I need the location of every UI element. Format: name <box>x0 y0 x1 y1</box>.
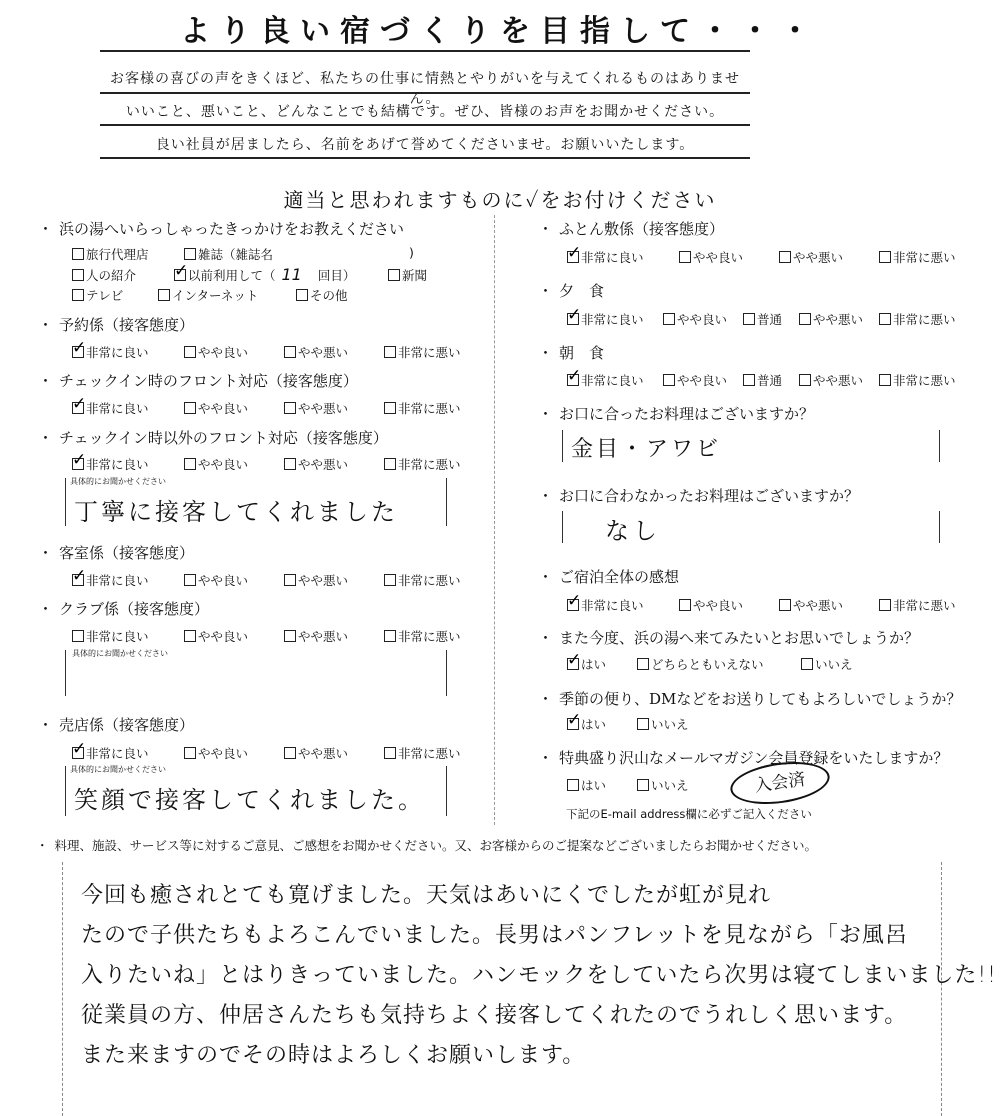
question-revisit: ・また今度、浜の湯へ来てみたいとお思いでしょうか？ <box>538 627 919 648</box>
question-label: 料理、施設、サービス等に対するご意見、ご感想をお聞かせください。又、お客様からの… <box>55 838 818 853</box>
checkbox-checked[interactable] <box>567 251 579 263</box>
checkbox[interactable] <box>384 574 396 586</box>
checkbox[interactable] <box>284 574 296 586</box>
option-bad[interactable]: やや悪い <box>284 343 380 361</box>
options-row: 非常に良い やや良い やや悪い 非常に悪い <box>72 744 460 762</box>
option-newspaper[interactable]: 新聞 <box>388 266 427 284</box>
intro-line: いいこと、悪いこと、どんなことでも結構です。ぜひ、皆様のお声をお聞かせください。 <box>100 101 750 121</box>
question-liked-dishes: ・お口に合ったお料理はございますか？ <box>538 403 814 424</box>
checkbox[interactable] <box>679 599 691 611</box>
question-label: ふとん敷係（接客態度） <box>559 220 724 238</box>
option-bad[interactable]: やや悪い <box>284 744 380 762</box>
option-no[interactable]: いいえ <box>801 655 853 673</box>
checkbox-checked[interactable] <box>72 458 84 470</box>
detail-value: 丁寧に接客してくれました <box>74 492 398 527</box>
option-bad[interactable]: やや悪い <box>779 248 875 266</box>
option-very-good[interactable]: 非常に良い <box>567 596 675 614</box>
detail-field[interactable]: 具体的にお聞かせください 笑顔で接客してくれました。 <box>65 766 447 816</box>
question-breakfast: ・朝 食 <box>538 342 604 363</box>
option-referral[interactable]: 人の紹介 <box>72 266 170 284</box>
question-checkin-front: ・チェックイン時のフロント対応（接客態度） <box>38 370 358 391</box>
checkbox[interactable] <box>663 313 675 325</box>
question-mail-magazine: ・特典盛り沢山なメールマガジン会員登録をいたしますか？ <box>538 747 948 768</box>
checkbox[interactable] <box>284 630 296 642</box>
checkbox[interactable] <box>184 248 196 260</box>
option-average[interactable]: 普通 <box>743 310 795 328</box>
option-very-bad[interactable]: 非常に悪い <box>879 248 956 266</box>
question-label: 客室係（接客態度） <box>59 544 194 562</box>
checkbox[interactable] <box>384 402 396 414</box>
checkbox[interactable] <box>879 374 891 386</box>
option-very-bad[interactable]: 非常に悪い <box>384 455 461 473</box>
option-internet[interactable]: インターネット <box>158 286 292 304</box>
option-very-good[interactable]: 非常に良い <box>72 571 180 589</box>
checkbox[interactable] <box>799 313 811 325</box>
checkbox[interactable] <box>72 289 84 301</box>
visit-count: 11 <box>282 265 302 284</box>
question-reservation-staff: ・予約係（接客態度） <box>38 314 194 335</box>
option-good[interactable]: やや良い <box>184 744 280 762</box>
checkbox[interactable] <box>296 289 308 301</box>
option-yes[interactable]: はい <box>567 655 633 673</box>
option-very-good[interactable]: 非常に良い <box>72 744 180 762</box>
comment-line: 入りたいね」とはりきっていました。ハンモックをしていたら次男は寝てしまいました!… <box>81 958 997 989</box>
option-very-bad[interactable]: 非常に悪い <box>879 596 956 614</box>
disliked-dishes-field[interactable]: なし <box>562 511 940 543</box>
checkbox-checked[interactable] <box>567 718 579 730</box>
option-bad[interactable]: やや悪い <box>284 627 380 645</box>
question-club-staff: ・クラブ係（接客態度） <box>38 598 209 619</box>
option-good[interactable]: やや良い <box>184 455 280 473</box>
option-undecided[interactable]: どちらともいえない <box>637 655 797 673</box>
option-travel-agency[interactable]: 旅行代理店 <box>72 245 180 263</box>
checkbox-checked[interactable] <box>72 346 84 358</box>
checkbox[interactable] <box>879 599 891 611</box>
question-disliked-dishes: ・お口に合わなかったお料理はございますか？ <box>538 485 859 506</box>
checkbox[interactable] <box>388 269 400 281</box>
option-good[interactable]: やや良い <box>184 343 280 361</box>
detail-label: 具体的にお聞かせください <box>72 648 168 659</box>
options-row: 非常に良い やや良い やや悪い 非常に悪い <box>72 455 460 473</box>
checkbox[interactable] <box>779 599 791 611</box>
question-label: お口に合ったお料理はございますか？ <box>559 405 814 423</box>
options-row: はい どちらともいえない いいえ <box>567 655 852 673</box>
question-room-staff: ・客室係（接客態度） <box>38 542 194 563</box>
options-row: はい いいえ <box>567 776 689 794</box>
comments-question: ・料理、施設、サービス等に対するご意見、ご感想をお聞かせください。又、お客様から… <box>36 836 817 854</box>
checkbox[interactable] <box>663 374 675 386</box>
checkbox[interactable] <box>384 458 396 470</box>
question-label: チェックイン時のフロント対応（接客態度） <box>59 372 358 390</box>
checkbox[interactable] <box>384 346 396 358</box>
option-good[interactable]: やや良い <box>663 310 739 328</box>
comment-line: 従業員の方、仲居さんたちも気持ちよく接客してくれたのでうれしく思います。 <box>81 998 907 1029</box>
options-row: 非常に良い やや良い やや悪い 非常に悪い <box>567 248 955 266</box>
checkbox[interactable] <box>799 374 811 386</box>
liked-dishes-field[interactable]: 金目・アワビ <box>562 430 940 462</box>
option-previous-visit[interactable]: 以前利用して（11回目） <box>174 265 384 284</box>
checkbox[interactable] <box>637 779 649 791</box>
checkbox[interactable] <box>879 251 891 263</box>
option-bad[interactable]: やや悪い <box>799 371 875 389</box>
divider <box>100 50 750 52</box>
option-very-bad[interactable]: 非常に悪い <box>384 571 461 589</box>
question-dm: ・季節の便り、DMなどをお送りしてもよろしいでしょうか？ <box>538 688 961 709</box>
question-futon-staff: ・ふとん敷係（接客態度） <box>538 218 724 239</box>
options-row: 非常に良い やや良い 普通 やや悪い 非常に悪い <box>567 310 955 328</box>
option-very-bad[interactable]: 非常に悪い <box>384 343 461 361</box>
option-good[interactable]: やや良い <box>184 399 280 417</box>
checkbox[interactable] <box>637 718 649 730</box>
option-very-good[interactable]: 非常に良い <box>567 371 659 389</box>
option-magazine[interactable]: 雑誌（雑誌名) <box>184 245 414 263</box>
question-label: 浜の湯へいらっしゃったきっかけをお教えください <box>59 220 404 238</box>
option-bad[interactable]: やや悪い <box>284 399 380 417</box>
question-label: 夕 食 <box>559 282 604 300</box>
checkbox[interactable] <box>679 251 691 263</box>
checkbox[interactable] <box>384 630 396 642</box>
question-shop-staff: ・売店係（接客態度） <box>38 714 194 735</box>
options-row: 非常に良い やや良い やや悪い 非常に悪い <box>72 399 460 417</box>
options-row: 非常に良い やや良い やや悪い 非常に悪い <box>567 596 955 614</box>
answer-value: なし <box>605 511 661 546</box>
column-divider <box>494 215 495 825</box>
checkbox[interactable] <box>72 630 84 642</box>
checkbox-checked[interactable] <box>72 402 84 414</box>
options-row: 旅行代理店 雑誌（雑誌名) <box>72 245 414 263</box>
comments-field[interactable]: 今回も癒されとても寛げました。天気はあいにくでしたが虹が見れ たので子供たちもよ… <box>62 862 942 1116</box>
detail-label: 具体的にお聞かせください <box>70 764 166 775</box>
checkbox[interactable] <box>384 747 396 759</box>
option-very-good[interactable]: 非常に良い <box>567 248 675 266</box>
divider <box>100 157 750 159</box>
option-very-bad[interactable]: 非常に悪い <box>879 371 956 389</box>
option-very-bad[interactable]: 非常に悪い <box>384 399 461 417</box>
comment-line: たので子供たちもよろこんでいました。長男はパンフレットを見ながら「お風呂 <box>81 918 908 949</box>
checkbox[interactable] <box>284 747 296 759</box>
options-row: 非常に良い やや良い 普通 やや悪い 非常に悪い <box>567 371 955 389</box>
checkbox[interactable] <box>184 630 196 642</box>
options-row: テレビ インターネット その他 <box>72 286 347 304</box>
question-dinner: ・夕 食 <box>538 280 604 301</box>
question-label: チェックイン時以外のフロント対応（接客態度） <box>59 429 388 447</box>
checkbox[interactable] <box>184 574 196 586</box>
option-very-good[interactable]: 非常に良い <box>72 455 180 473</box>
checkbox[interactable] <box>284 402 296 414</box>
survey-title: より良い宿づくりを目指して・・・ <box>0 6 1000 50</box>
checkbox[interactable] <box>801 658 813 670</box>
checkbox[interactable] <box>779 251 791 263</box>
option-good[interactable]: やや良い <box>184 627 280 645</box>
option-bad[interactable]: やや悪い <box>779 596 875 614</box>
option-very-bad[interactable]: 非常に悪い <box>384 627 461 645</box>
options-row: 人の紹介 以前利用して（11回目） 新聞 <box>72 265 427 284</box>
checkbox[interactable] <box>284 346 296 358</box>
option-no[interactable]: いいえ <box>637 715 689 733</box>
checkbox[interactable] <box>184 747 196 759</box>
checkbox[interactable] <box>72 269 84 281</box>
question-front-other: ・チェックイン時以外のフロント対応（接客態度） <box>38 427 388 448</box>
checkbox[interactable] <box>879 313 891 325</box>
option-good[interactable]: やや良い <box>679 596 775 614</box>
detail-value: 笑顔で接客してくれました。 <box>74 780 425 815</box>
question-label: 特典盛り沢山なメールマガジン会員登録をいたしますか？ <box>559 749 948 767</box>
option-yes[interactable]: はい <box>567 776 633 794</box>
checkbox[interactable] <box>184 458 196 470</box>
options-row: 非常に良い やや良い やや悪い 非常に悪い <box>72 571 460 589</box>
option-good[interactable]: やや良い <box>184 571 280 589</box>
checkbox[interactable] <box>743 374 755 386</box>
option-very-good[interactable]: 非常に良い <box>567 310 659 328</box>
option-very-bad[interactable]: 非常に悪い <box>384 744 461 762</box>
checkbox-checked[interactable] <box>72 574 84 586</box>
checkbox-checked[interactable] <box>567 658 579 670</box>
checkbox-checked[interactable] <box>567 374 579 386</box>
checkbox[interactable] <box>72 248 84 260</box>
options-row: 非常に良い やや良い やや悪い 非常に悪い <box>72 627 460 645</box>
comment-line: また来ますのでその時はよろしくお願いします。 <box>81 1038 585 1069</box>
answer-value: 金目・アワビ <box>571 432 721 463</box>
divider <box>100 124 750 126</box>
detail-field[interactable]: 具体的にお聞かせください <box>65 650 447 696</box>
question-label: ご宿泊全体の感想 <box>559 568 679 586</box>
detail-label: 具体的にお聞かせください <box>70 476 166 487</box>
option-very-good[interactable]: 非常に良い <box>72 399 180 417</box>
divider <box>100 92 750 94</box>
option-very-bad[interactable]: 非常に悪い <box>879 310 956 328</box>
checkbox-checked[interactable] <box>567 313 579 325</box>
options-row: 非常に良い やや良い やや悪い 非常に悪い <box>72 343 460 361</box>
option-good[interactable]: やや良い <box>679 248 775 266</box>
question-label: 朝 食 <box>559 344 604 362</box>
option-yes[interactable]: はい <box>567 715 633 733</box>
question-label: また今度、浜の湯へ来てみたいとお思いでしょうか？ <box>559 629 919 647</box>
question-label: 季節の便り、DMなどをお送りしてもよろしいでしょうか？ <box>559 690 961 708</box>
option-very-good[interactable]: 非常に良い <box>72 343 180 361</box>
question-label: お口に合わなかったお料理はございますか？ <box>559 487 859 505</box>
checkbox[interactable] <box>743 313 755 325</box>
option-tv[interactable]: テレビ <box>72 286 154 304</box>
option-no[interactable]: いいえ <box>637 776 689 794</box>
checkbox[interactable] <box>158 289 170 301</box>
question-overall-impression: ・ご宿泊全体の感想 <box>538 566 679 587</box>
checkbox-checked[interactable] <box>72 747 84 759</box>
option-bad[interactable]: やや悪い <box>799 310 875 328</box>
option-bad[interactable]: やや悪い <box>284 455 380 473</box>
option-very-good[interactable]: 非常に良い <box>72 627 180 645</box>
option-bad[interactable]: やや悪い <box>284 571 380 589</box>
options-row: はい いいえ <box>567 715 689 733</box>
checkbox[interactable] <box>184 402 196 414</box>
question-label: クラブ係（接客態度） <box>59 600 209 618</box>
comment-line: 今回も癒されとても寛げました。天気はあいにくでしたが虹が見れ <box>81 878 771 909</box>
option-good[interactable]: やや良い <box>663 371 739 389</box>
question-label: 売店係（接客態度） <box>59 716 194 734</box>
detail-field[interactable]: 具体的にお聞かせください 丁寧に接客してくれました <box>65 478 447 526</box>
option-other[interactable]: その他 <box>296 286 348 304</box>
checkbox-checked[interactable] <box>567 599 579 611</box>
checkbox[interactable] <box>184 346 196 358</box>
email-note: 下記のE-mail address欄に必ずご記入ください <box>566 806 812 822</box>
checkbox[interactable] <box>637 658 649 670</box>
checkbox[interactable] <box>284 458 296 470</box>
instruction-heading: 適当と思われますものに✓をお付けください <box>0 184 1000 213</box>
option-average[interactable]: 普通 <box>743 371 795 389</box>
checkbox-checked[interactable] <box>174 269 186 281</box>
intro-line: 良い社員が居ましたら、名前をあげて誉めてくださいませ。お願いいたします。 <box>100 134 750 154</box>
question-label: 予約係（接客態度） <box>59 316 194 334</box>
checkbox[interactable] <box>567 779 579 791</box>
question-visit-reason: ・浜の湯へいらっしゃったきっかけをお教えください <box>38 218 404 239</box>
